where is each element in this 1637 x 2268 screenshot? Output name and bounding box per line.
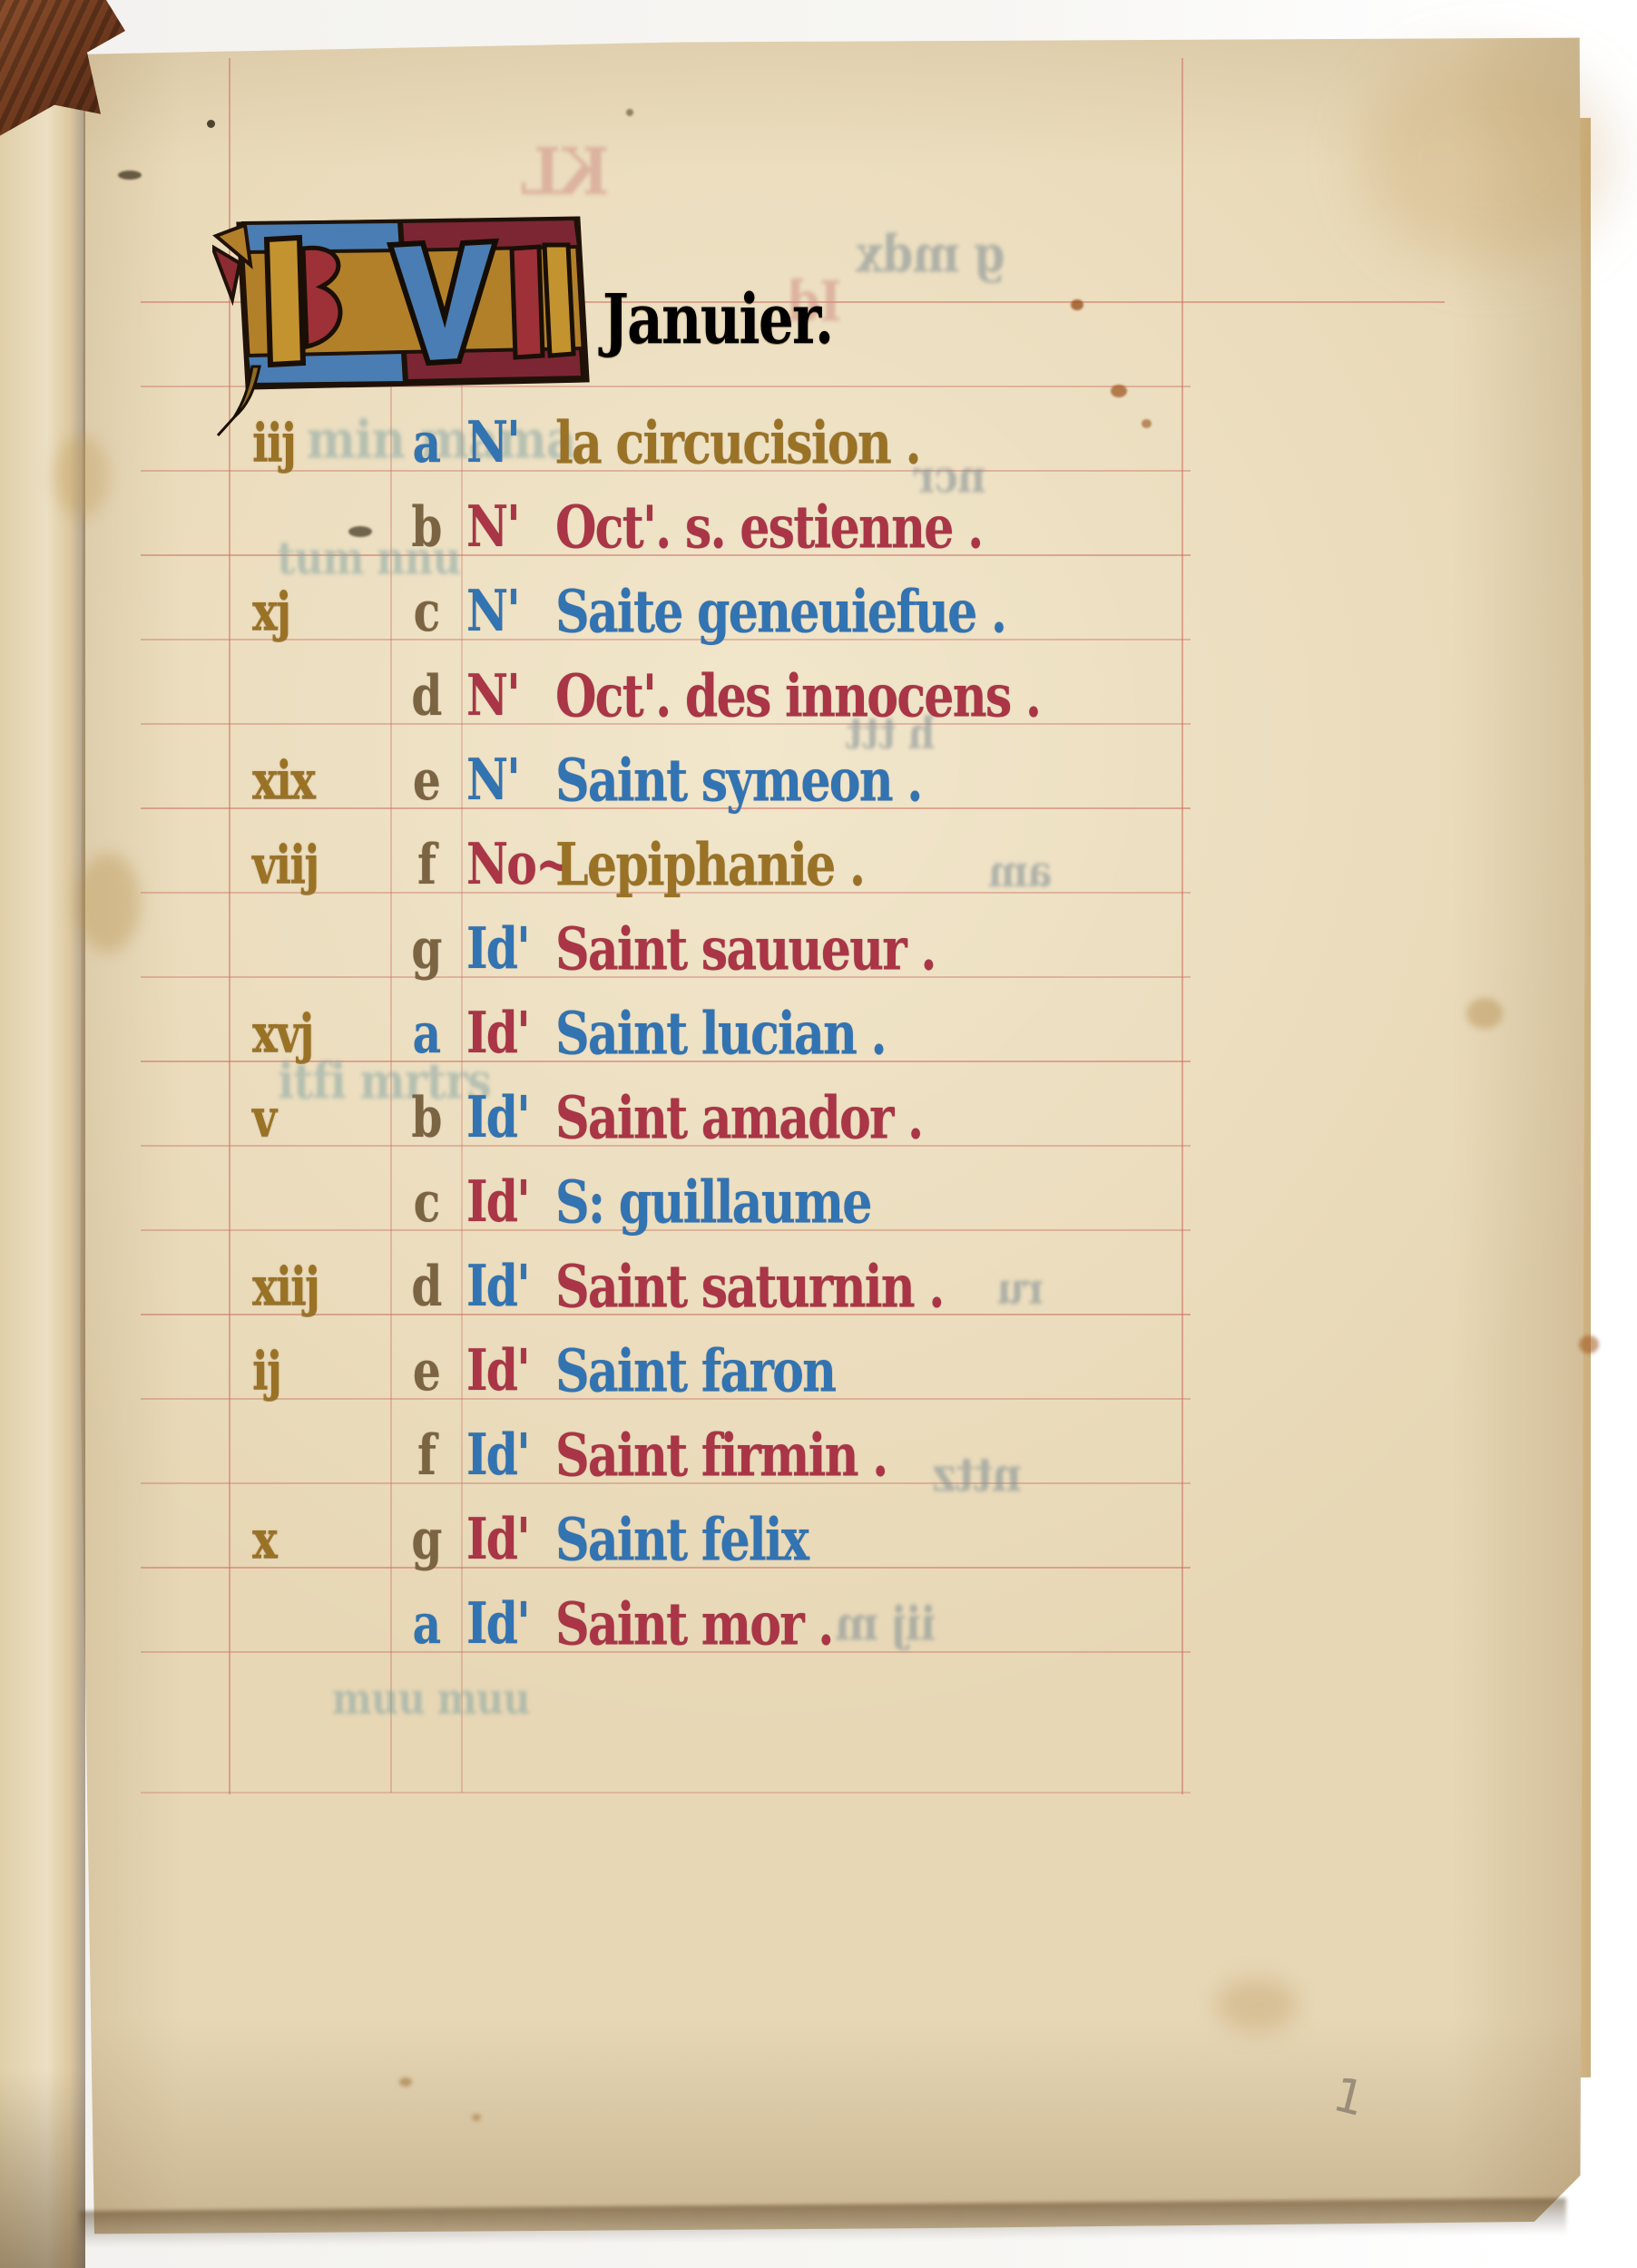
golden-number: xvj [252, 986, 313, 1080]
golden-number: x [252, 1492, 276, 1587]
feast-name: Oct'. s. estienne . [555, 480, 982, 574]
kl-illuminated-initial [212, 209, 597, 437]
feast-name: S: guillaume [555, 1155, 871, 1249]
feast-abbreviation: Id' [466, 1155, 529, 1249]
manuscript-photo: Januier. iij a N' la circucision . b N' … [0, 0, 1637, 2268]
ruling-line [141, 1792, 1191, 1794]
feast-name: la circucision . [555, 396, 920, 490]
dominical-letter: a [397, 986, 455, 1080]
calendar-row: a Id' Saint mor . [0, 1582, 1637, 1667]
feast-name: Saint symeon . [555, 733, 922, 827]
dominical-letter: g [397, 902, 455, 996]
golden-number: xix [252, 733, 314, 827]
dominical-letter: d [397, 649, 455, 743]
feast-abbreviation: Id' [466, 1492, 529, 1587]
feast-abbreviation: N' [466, 480, 519, 574]
feast-name: Saint mor . [555, 1577, 833, 1671]
dominical-letter: f [397, 1408, 455, 1502]
calendar-row: viij f No~ Lepiphanie . [0, 823, 1637, 907]
dominical-letter: c [397, 1155, 455, 1249]
month-title: Januier. [603, 279, 832, 360]
feast-abbreviation: N' [466, 564, 519, 659]
feast-name: Saite geneuiefue . [555, 564, 1005, 659]
dominical-letter: f [397, 817, 455, 912]
vellum-stain [207, 120, 215, 128]
feast-name: Saint sauueur . [555, 902, 936, 996]
dominical-letter: e [397, 1324, 455, 1418]
dominical-letter: b [397, 480, 455, 574]
vellum-stain [399, 2077, 412, 2087]
vellum-stain [1216, 1978, 1298, 2032]
feast-abbreviation: Id' [466, 1408, 529, 1502]
calendar-row: xiij d Id' Saint saturnin . [0, 1245, 1637, 1329]
vellum-stain [1071, 299, 1083, 310]
feast-abbreviation: Id' [466, 1070, 529, 1165]
feast-abbreviation: Id' [466, 902, 529, 996]
dominical-letter: e [397, 733, 455, 827]
vellum-stain [1361, 54, 1615, 263]
calendar-row: x g Id' Saint felix [0, 1498, 1637, 1582]
calendar-row: g Id' Saint sauueur . [0, 907, 1637, 992]
golden-number: xiij [252, 1239, 319, 1334]
calendar-row: f Id' Saint firmin . [0, 1413, 1637, 1498]
dominical-letter: d [397, 1239, 455, 1334]
calendar-row: ij e Id' Saint faron [0, 1329, 1637, 1413]
feast-name: Saint amador . [555, 1070, 922, 1165]
feast-name: Oct'. des innocens . [555, 649, 1040, 743]
dominical-letter: c [397, 564, 455, 659]
calendar-row: xvj a Id' Saint lucian . [0, 992, 1637, 1076]
feast-abbreviation: Id' [466, 1577, 529, 1671]
vellum-stain [472, 2114, 481, 2121]
dominical-letter: g [397, 1492, 455, 1587]
dominical-letter: a [397, 1577, 455, 1671]
calendar-row: v b Id' Saint amador . [0, 1076, 1637, 1160]
feast-abbreviation: Id' [466, 986, 529, 1080]
feast-name: Saint lucian . [555, 986, 886, 1080]
calendar-row: b N' Oct'. s. estienne . [0, 485, 1637, 570]
show-through-text: muu muu [332, 1675, 530, 1725]
dominical-letter: b [397, 1070, 455, 1165]
feast-name: Saint faron [555, 1324, 835, 1418]
feast-abbreviation: N' [466, 733, 519, 827]
feast-name: Saint firmin . [555, 1408, 887, 1502]
calendar-row: xix e N' Saint symeon . [0, 738, 1637, 823]
show-through-text: KL [522, 133, 610, 210]
vellum-stain [626, 109, 633, 116]
golden-number: v [252, 1070, 275, 1165]
feast-name: Saint saturnin . [555, 1239, 944, 1334]
golden-number: xj [252, 564, 289, 659]
feast-abbreviation: Id' [466, 1324, 529, 1418]
feast-name: Saint felix [555, 1492, 808, 1587]
golden-number: ij [252, 1324, 280, 1418]
feast-abbreviation: N' [466, 649, 519, 743]
calendar-row: c Id' S: guillaume [0, 1160, 1637, 1245]
feast-abbreviation: Id' [466, 1239, 529, 1334]
show-through-text: g mdx [857, 225, 1005, 285]
vellum-stain [1111, 385, 1127, 397]
calendar-row: xj c N' Saite geneuiefue . [0, 570, 1637, 654]
vellum-stain [118, 171, 142, 180]
golden-number: viij [252, 817, 318, 912]
feast-name: Lepiphanie . [555, 817, 864, 912]
calendar-row: d N' Oct'. des innocens . [0, 654, 1637, 738]
